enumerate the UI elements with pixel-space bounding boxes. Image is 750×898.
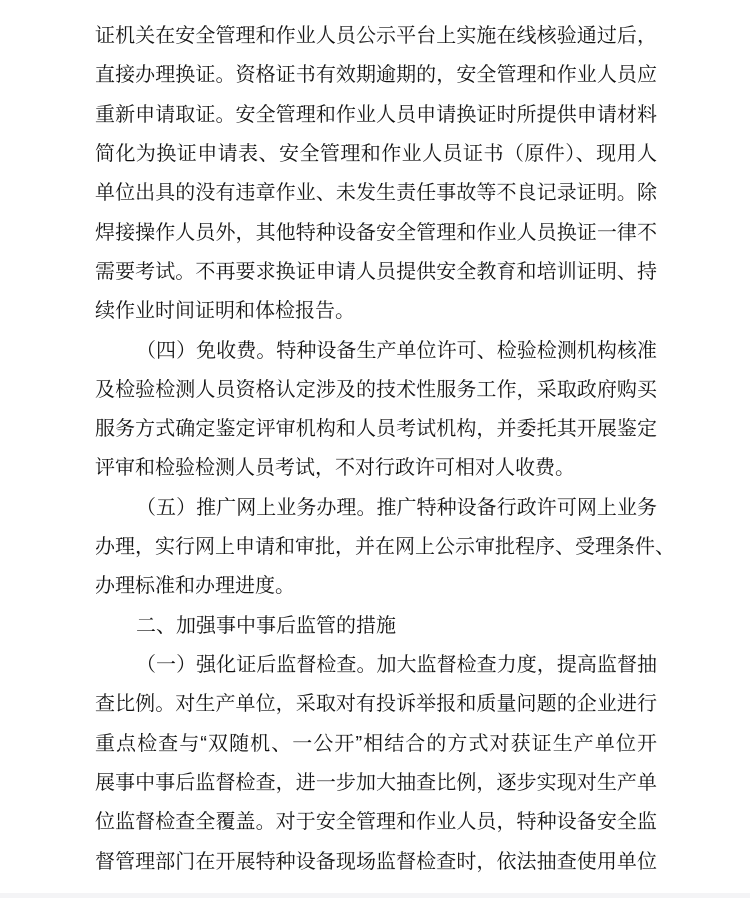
section-heading-line: 二、加强事中事后监管的措施 <box>95 607 657 646</box>
text-line: 需要考试。不再要求换证申请人员提供安全教育和培训证明、持 <box>95 253 657 292</box>
text-line: 证机关在安全管理和作业人员公示平台上实施在线核验通过后， <box>95 17 657 56</box>
text-line: 直接办理换证。资格证书有效期逾期的，安全管理和作业人员应 <box>95 56 657 95</box>
text-line: 及检验检测人员资格认定涉及的技术性服务工作，采取政府购买 <box>95 371 657 410</box>
text-line: 查比例。对生产单位，采取对有投诉举报和质量问题的企业进行 <box>95 685 657 724</box>
text-line: 重点检查与“双随机、一公开”相结合的方式对获证生产单位开 <box>95 725 657 764</box>
text-line: 展事中事后监督检查，进一步加大抽查比例，逐步实现对生产单 <box>95 764 657 803</box>
text-line: 简化为换证申请表、安全管理和作业人员证书（原件）、现用人 <box>95 135 657 174</box>
text-line: 单位出具的没有违章作业、未发生责任事故等不良记录证明。除 <box>95 174 657 213</box>
text-line: 位监督检查全覆盖。对于安全管理和作业人员，特种设备安全监 <box>95 803 657 842</box>
text-line: 焊接操作人员外，其他特种设备安全管理和作业人员换证一律不 <box>95 214 657 253</box>
paragraph-start-line: （一）强化证后监督检查。加大监督检查力度，提高监督抽 <box>95 646 657 685</box>
text-line: 服务方式确定鉴定评审机构和人员考试机构，并委托其开展鉴定 <box>95 410 657 449</box>
text-line: 办理标准和办理进度。 <box>95 567 657 606</box>
page-bottom-edge <box>0 893 750 898</box>
paragraph-start-line: （五）推广网上业务办理。推广特种设备行政许可网上业务 <box>95 489 657 528</box>
text-line: 督管理部门在开展特种设备现场监督检查时，依法抽查使用单位 <box>95 843 657 882</box>
text-line: 办理，实行网上申请和审批，并在网上公示审批程序、受理条件、 <box>95 528 657 567</box>
text-line: 评审和检验检测人员考试，不对行政许可相对人收费。 <box>95 449 657 488</box>
paragraph-start-line: （四）免收费。特种设备生产单位许可、检验检测机构核准 <box>95 332 657 371</box>
document-page: 证机关在安全管理和作业人员公示平台上实施在线核验通过后， 直接办理换证。资格证书… <box>0 0 750 898</box>
text-line: 续作业时间证明和体检报告。 <box>95 292 657 331</box>
document-text-block: 证机关在安全管理和作业人员公示平台上实施在线核验通过后， 直接办理换证。资格证书… <box>95 17 657 882</box>
text-line: 重新申请取证。安全管理和作业人员申请换证时所提供申请材料 <box>95 96 657 135</box>
